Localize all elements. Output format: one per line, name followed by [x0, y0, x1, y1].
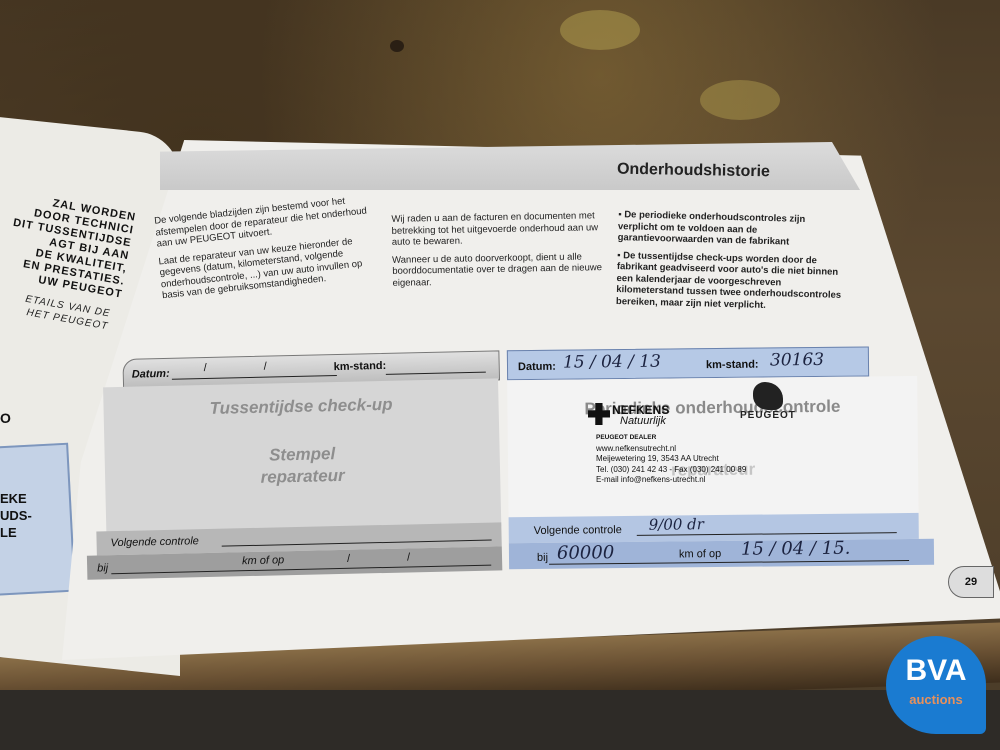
- checkup-km-label: km-stand:: [334, 360, 387, 373]
- bva-logo-sub: auctions: [886, 692, 986, 707]
- service-next-value[interactable]: 9/00 dr: [649, 515, 704, 534]
- bva-auctions-logo: BVA auctions: [886, 636, 986, 734]
- page-number-tab: 29: [948, 566, 994, 598]
- service-title: Periodieke onderhoudscontrole: [507, 396, 917, 420]
- service-km-label: km-stand:: [706, 359, 759, 372]
- checkup-stamp-area: Tussentijdse check-up Stempel reparateur: [103, 378, 501, 535]
- checkup-date-field[interactable]: [172, 375, 337, 380]
- peugeot-brand-text: PEUGEOT: [740, 410, 796, 421]
- service-date-value[interactable]: 15 / 04 / 13: [563, 352, 661, 373]
- dealer-info: PEUGEOT DEALER www.nefkensutrecht.nl Mei…: [596, 433, 746, 486]
- checkup-title: Tussentijdse check-up: [103, 392, 498, 421]
- service-date-label: Datum:: [518, 361, 556, 373]
- intro-column-3: De periodieke onderhoudscontroles zijn v…: [616, 209, 844, 319]
- intro-column-2: Wij raden u aan de facturen en documente…: [391, 210, 604, 295]
- date-separator: /: [347, 553, 350, 565]
- peugeot-logo: PEUGEOT: [740, 382, 796, 421]
- dealer-type: PEUGEOT DEALER: [596, 433, 746, 444]
- page-title: Onderhoudshistorie: [617, 161, 770, 182]
- service-next-label: Volgende controle: [534, 524, 622, 537]
- checkup-box: Datum: / / km-stand: Tussentijdse check-…: [82, 350, 507, 589]
- service-km-or-date-row: bij 60000 km of op 15 / 04 / 15.: [509, 539, 934, 569]
- checkup-km-field[interactable]: [386, 372, 486, 375]
- wood-stain-yellow: [700, 80, 780, 120]
- bva-logo-main: BVA: [886, 654, 986, 688]
- checkup-date-label: Datum:: [132, 368, 170, 381]
- dealer-tagline: Natuurlijk: [620, 415, 666, 427]
- date-separator: /: [204, 362, 207, 374]
- floor: [0, 690, 1000, 750]
- service-km-value[interactable]: 30163: [770, 350, 824, 371]
- service-km-or-value[interactable]: 15 / 04 / 15.: [741, 538, 851, 560]
- checkup-at-field[interactable]: [111, 565, 491, 575]
- date-separator: /: [407, 551, 410, 563]
- dealer-website: www.nefkensutrecht.nl: [596, 444, 746, 455]
- dealer-phone: Tel. (030) 241 42 43 - Fax (030) 241 00 …: [596, 465, 746, 476]
- wood-stain-yellow: [560, 10, 640, 50]
- wood-knot: [390, 40, 404, 52]
- checkup-next-label: Volgende controle: [110, 535, 199, 549]
- checkup-km-or-label: km of op: [242, 554, 284, 567]
- checkup-at-label: bij: [97, 562, 108, 574]
- dealer-address: Meijewetering 19, 3543 AA Utrecht: [596, 454, 746, 465]
- checkup-next-field[interactable]: [222, 540, 492, 547]
- dealer-email: E-mail info@nefkens-utrecht.nl: [596, 475, 746, 486]
- left-page-blue-box-text: EKE UDS- LE: [0, 490, 40, 541]
- date-separator: /: [264, 361, 267, 373]
- service-km-or-label: km of op: [679, 548, 721, 560]
- left-page-letter: O: [0, 410, 11, 426]
- peugeot-lion-icon: [753, 382, 783, 410]
- service-at-value[interactable]: 60000: [557, 542, 614, 564]
- service-date-row: Datum: 15 / 04 / 13 km-stand: 30163: [507, 346, 869, 380]
- service-at-label: bij: [537, 552, 548, 564]
